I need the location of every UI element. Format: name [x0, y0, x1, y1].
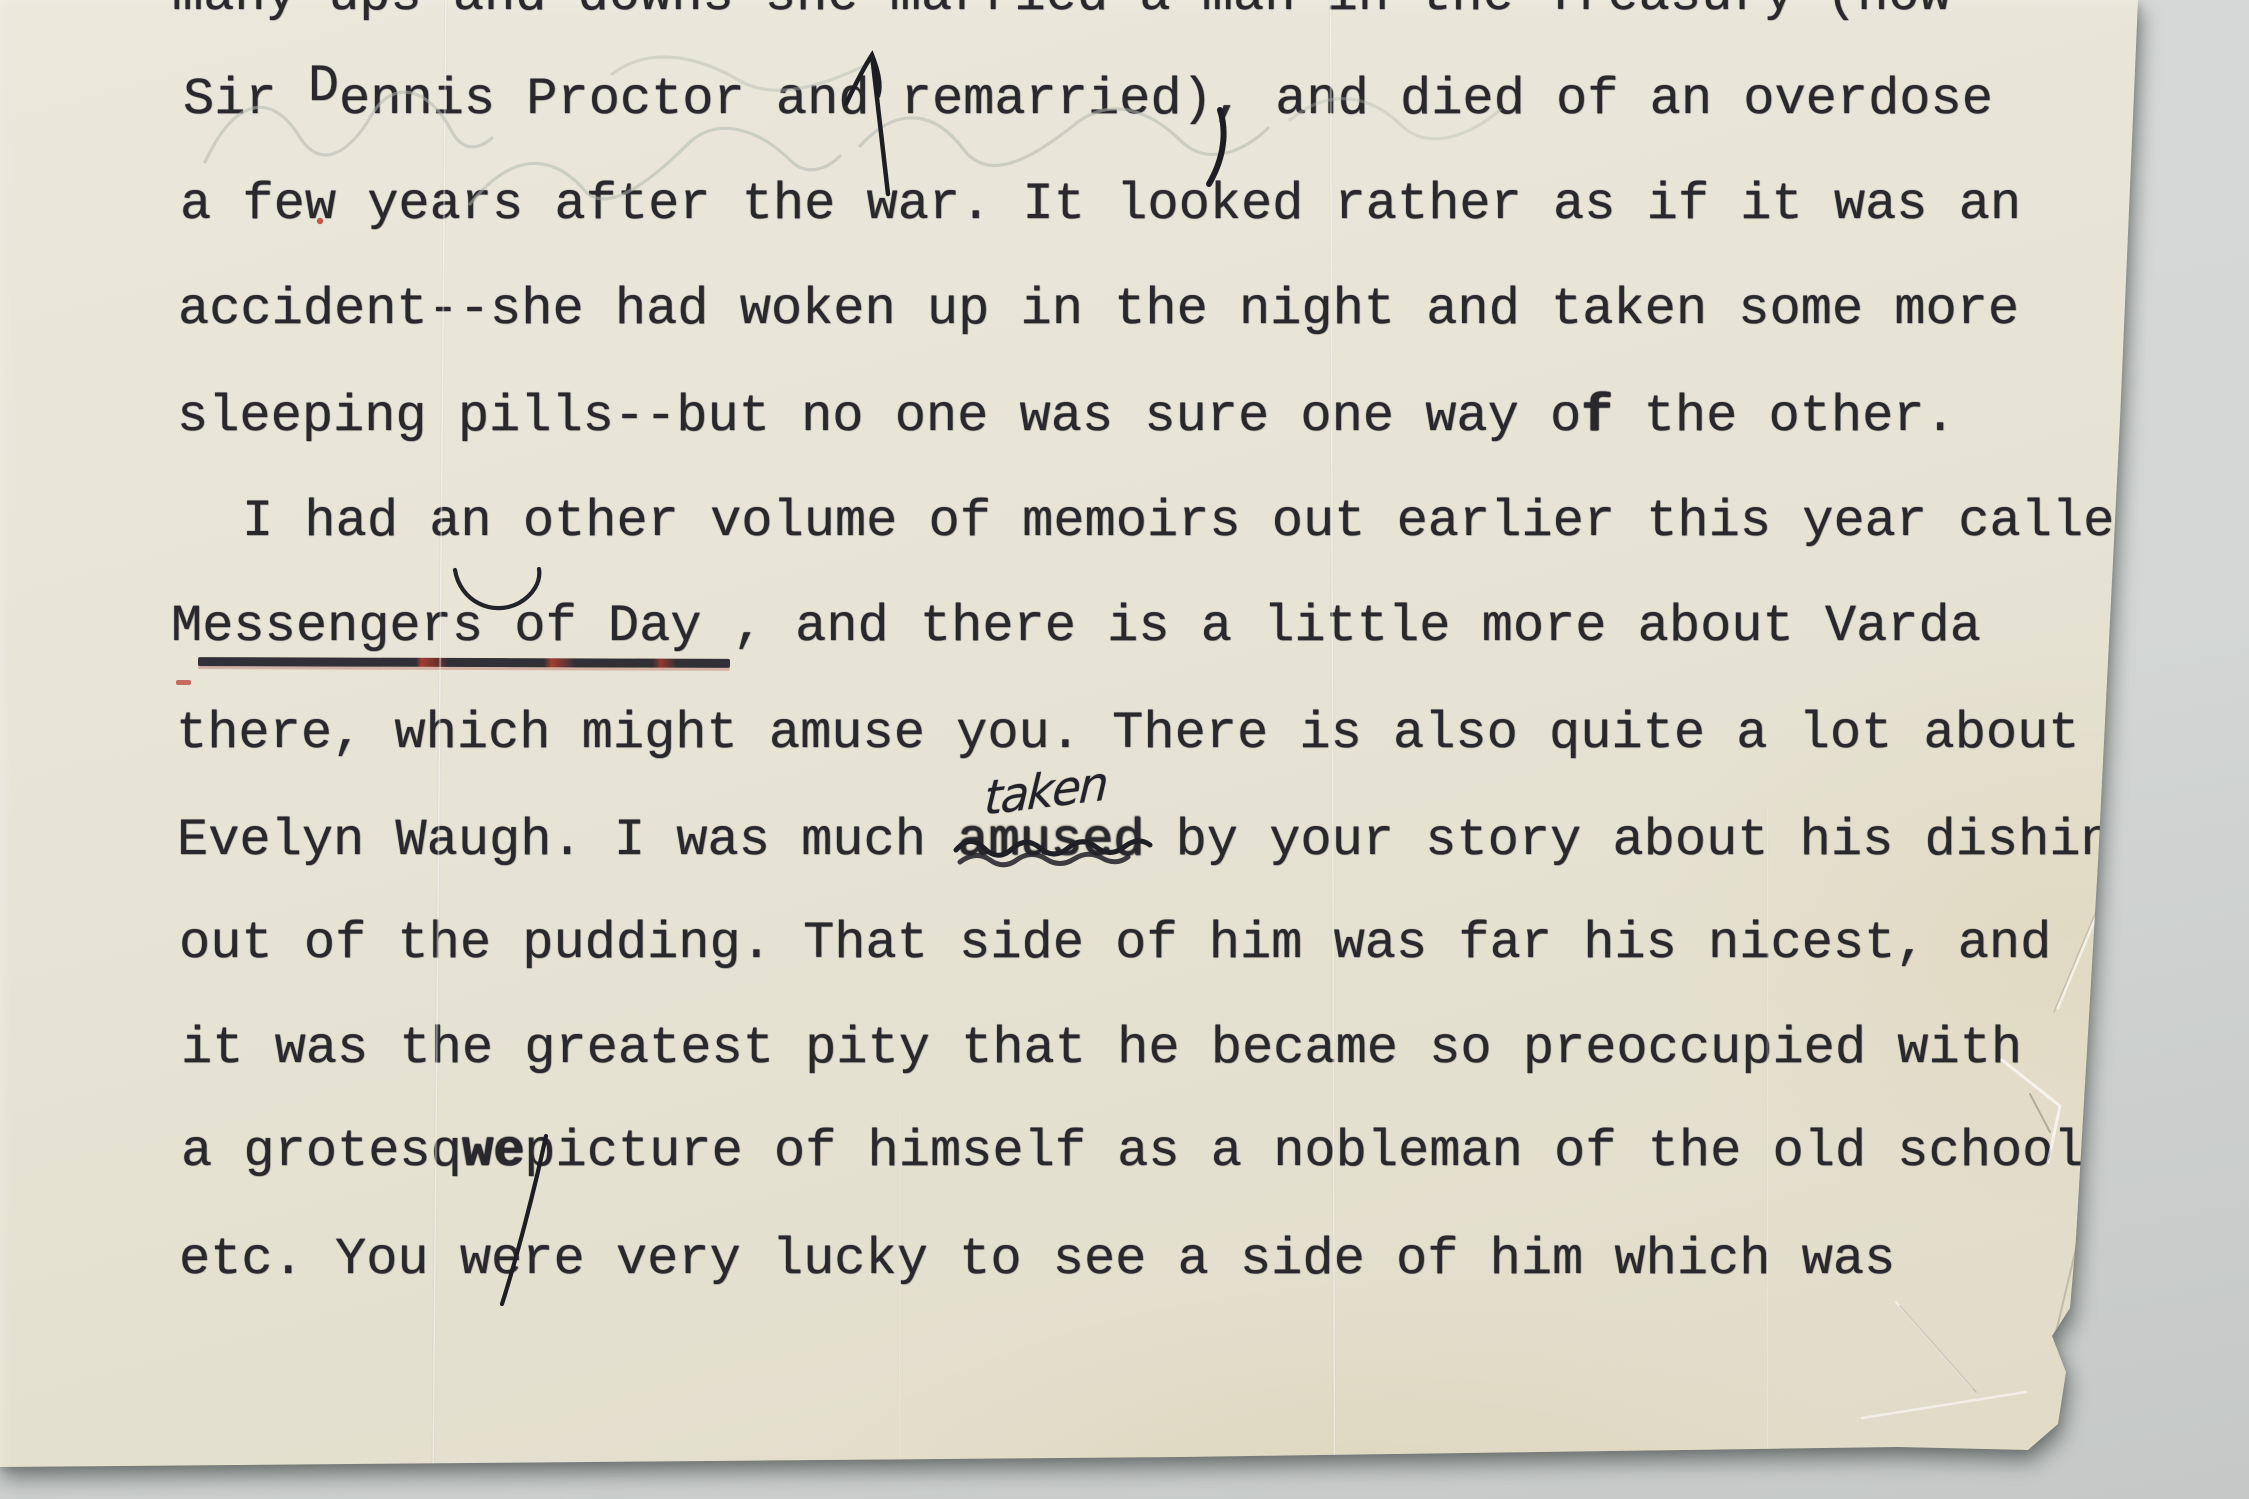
typed-text-segment: accident--she had woken up in the night …: [178, 280, 2019, 339]
typed-line-1: many ups and downs she married a man in …: [172, 0, 1951, 22]
typed-text-segment: , and there is a little more about Varda: [702, 597, 1981, 656]
typed-line-7: Messengers of Day , and there is a littl…: [171, 601, 1981, 653]
letter-photo: { "page": { "description": "Photograph o…: [0, 0, 2249, 1499]
typed-text-segment: picture of himself as a nobleman of the …: [524, 1122, 2115, 1181]
struck-word-she: she: [765, 0, 859, 25]
typed-text-segment: the other.: [1612, 387, 1955, 446]
book-title: Messengers of Day: [171, 597, 702, 656]
typed-line-11: it was the greatest pity that he became …: [181, 1023, 2022, 1075]
typed-text-segment: f: [1581, 387, 1612, 446]
typed-text-segment: I had an other volume of memoirs out ear…: [242, 492, 2146, 551]
typed-text-segment: Evelyn Waugh. I was much: [177, 811, 957, 870]
raised-letter-d: D: [308, 61, 339, 113]
typed-text-segment: married a man in the Treasury (now: [859, 0, 1951, 25]
typed-text-segment: we: [462, 1122, 524, 1181]
paper-crease-right: [1766, 809, 1769, 1465]
title-underline: [198, 657, 730, 668]
typed-text-segment: sleeping pills--but no one was sure one …: [177, 387, 1581, 446]
paper-sheet-wrap: many ups and downs she married a man in …: [0, 0, 2249, 1499]
typed-line-2: Sir Dennis Proctor and remarried), and d…: [183, 74, 1993, 126]
paper-tears: [1862, 788, 2150, 1418]
typed-text-segment: a few years after the war. It looked rat…: [180, 175, 2021, 234]
paper-crease-faint: [898, 1109, 901, 1465]
typed-text-segment: there, which might amuse you. There is a…: [176, 704, 2080, 763]
typed-text-segment: Sir: [183, 70, 308, 129]
typed-text-segment: ennis Proctor and remarried), and died o…: [339, 70, 1993, 129]
typed-line-12: a grotesqwepicture of himself as a noble…: [181, 1126, 2116, 1178]
typed-text-segment: a grotesq: [181, 1122, 462, 1181]
typed-line-4: accident--she had woken up in the night …: [178, 284, 2019, 336]
paper-sheet: many ups and downs she married a man in …: [0, 0, 2249, 1499]
typed-text-segment: out of the pudding. That side of him was…: [179, 914, 2051, 973]
typed-text-segment: it was the greatest pity that he became …: [181, 1019, 2022, 1078]
typed-line-9: Evelyn Waugh. I was much amused by your …: [177, 815, 2143, 867]
typed-line-6: I had an other volume of memoirs out ear…: [242, 496, 2146, 548]
typed-line-3: a few years after the war. It looked rat…: [180, 179, 2021, 231]
typed-text-segment: many ups and downs: [172, 0, 765, 25]
typed-line-10: out of the pudding. That side of him was…: [179, 918, 2051, 970]
typed-text-segment: by your story about his dishing: [1144, 811, 2143, 870]
typed-line-8: there, which might amuse you. There is a…: [176, 708, 2080, 760]
